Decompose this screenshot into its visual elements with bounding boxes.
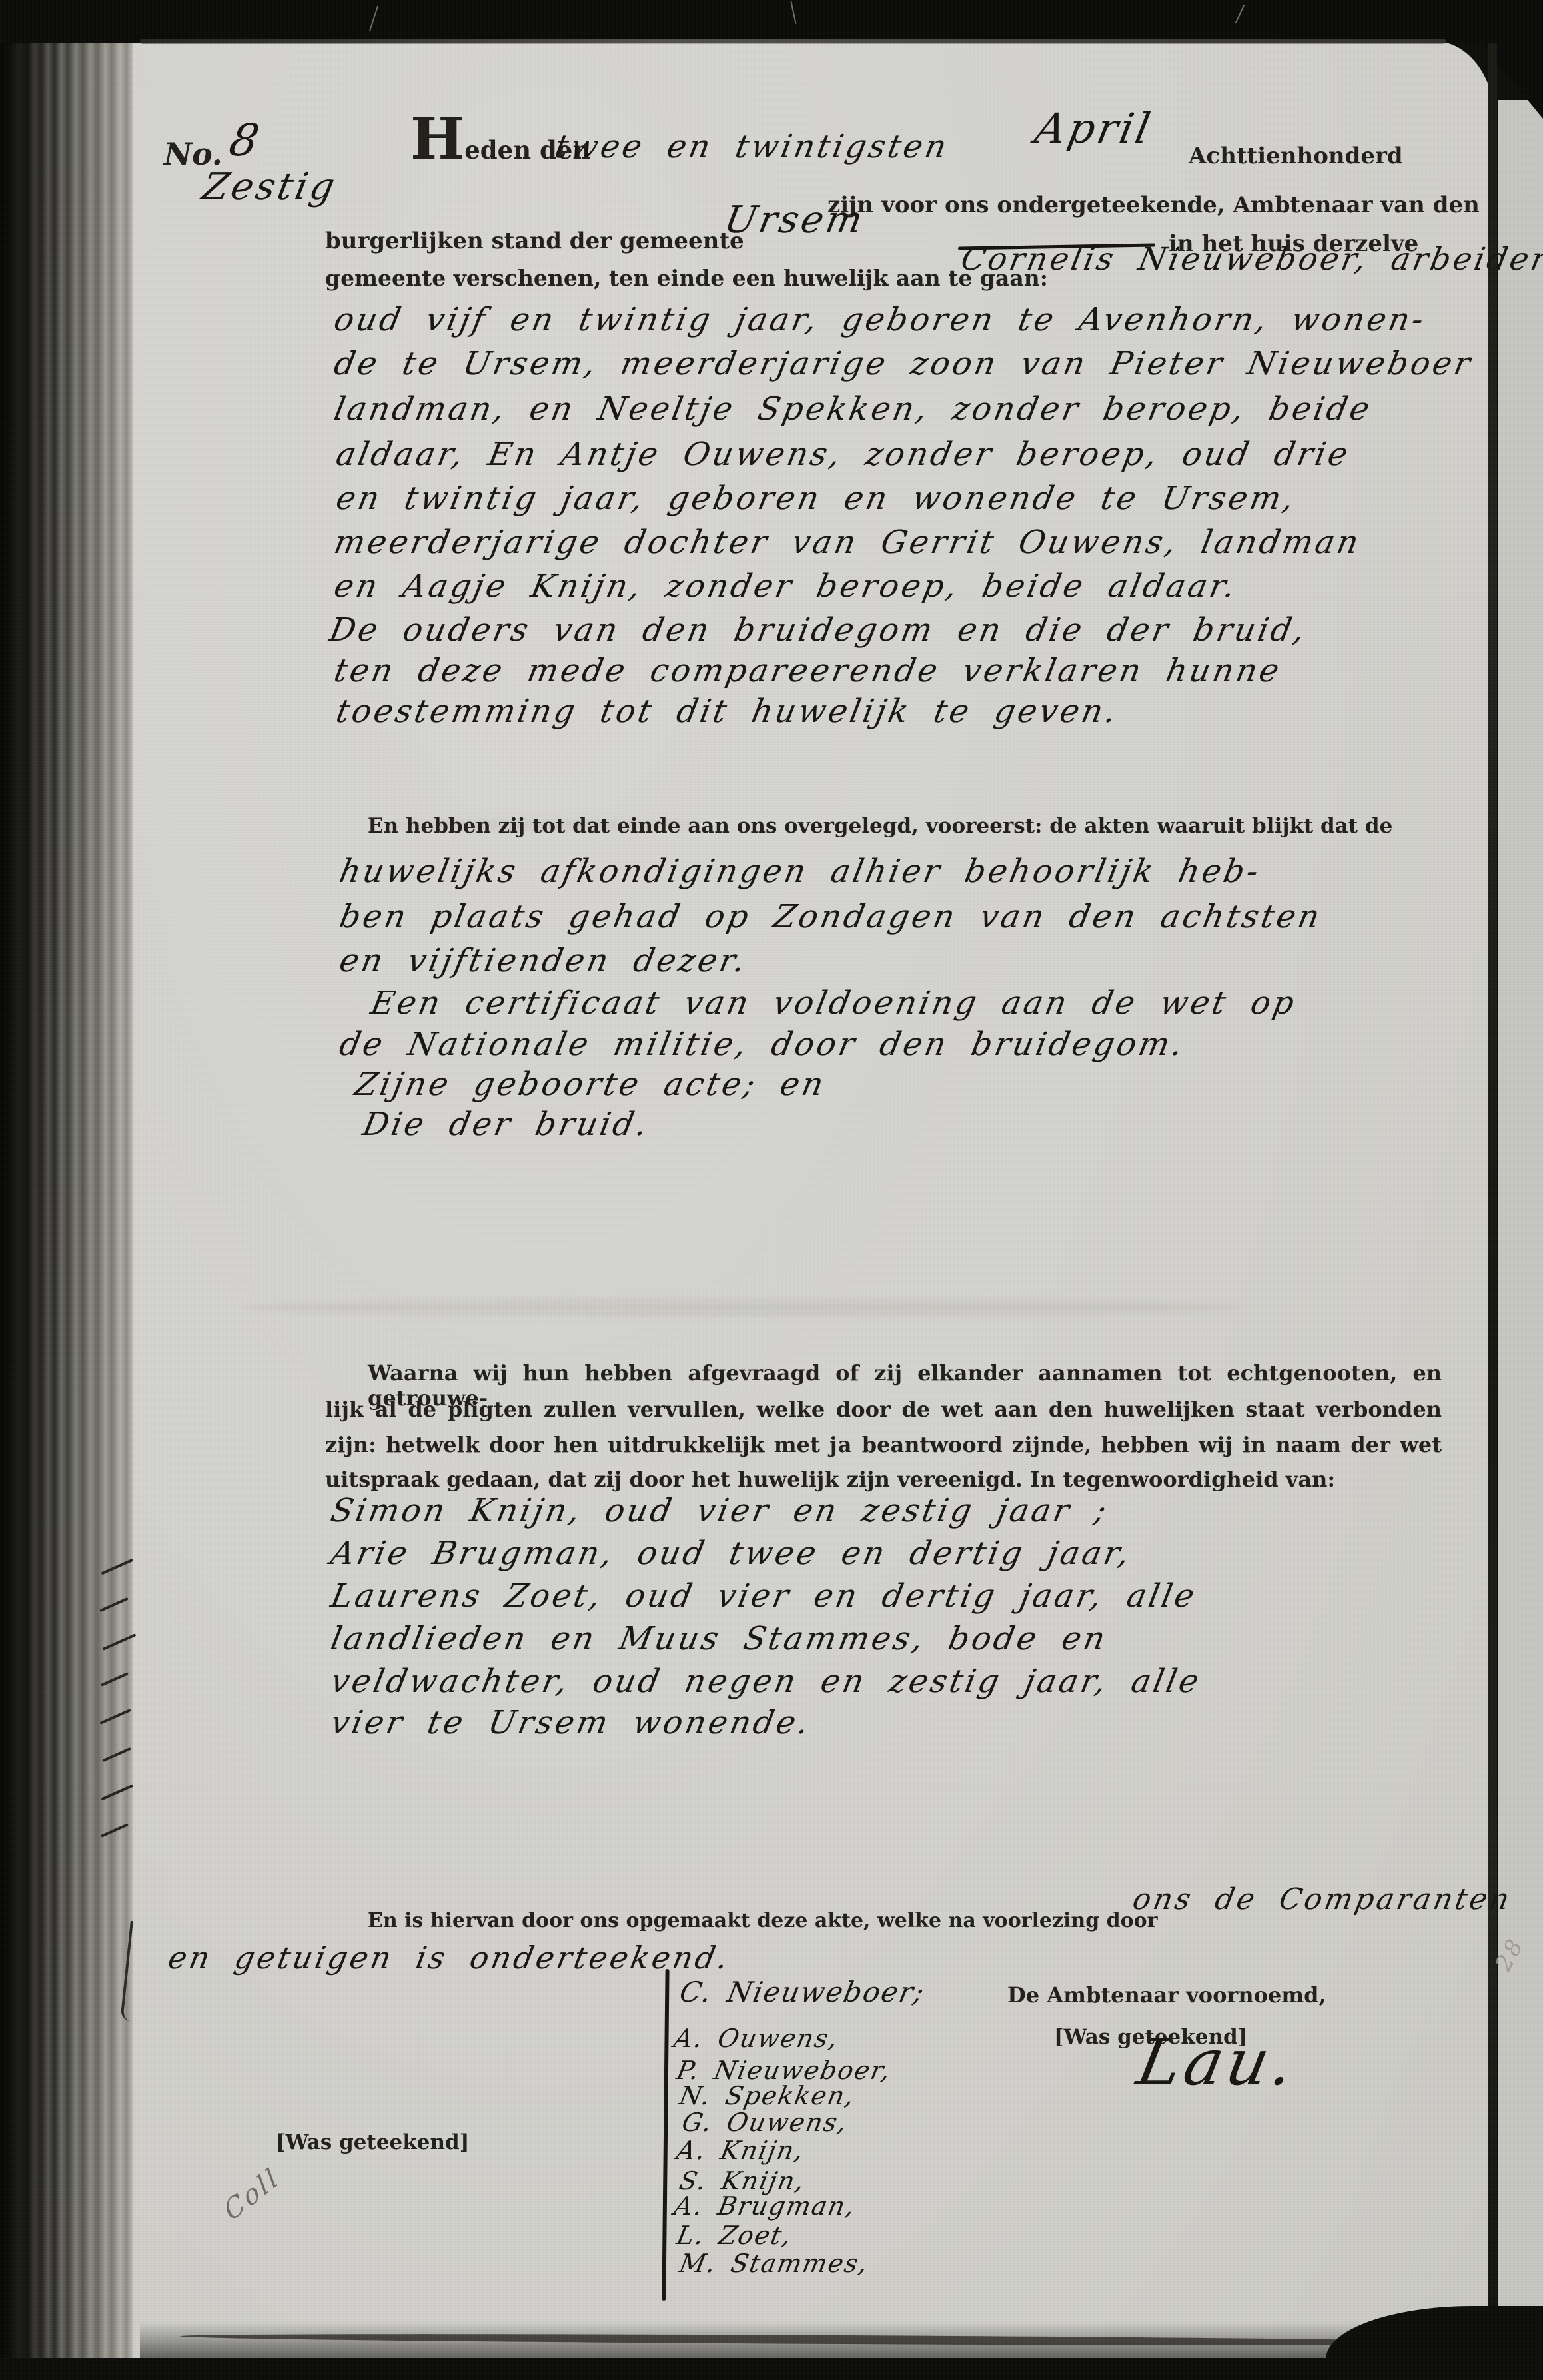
vows-line-2: lijk al de pligten zullen vervullen, wel… bbox=[325, 1397, 1442, 1422]
facing-page-strip bbox=[1498, 100, 1543, 2331]
vows-ja-word: ja bbox=[829, 1432, 852, 1457]
act-body-line: oud vijf en twintig jaar, geboren te Ave… bbox=[331, 301, 1429, 338]
handwritten-day: twee en twintigsten bbox=[552, 128, 952, 165]
book-binding-edges bbox=[0, 0, 141, 2380]
handwritten-comparanten: ons de Comparanten bbox=[1130, 1882, 1514, 1916]
act-body-line: aldaar, En Antje Ouwens, zonder beroep, … bbox=[333, 436, 1354, 473]
vows-line-3-pre: zijn: hetwelk door hen uitdrukkelijk met bbox=[325, 1432, 829, 1457]
documents-line: Een certificaat van voldoening aan de we… bbox=[368, 985, 1300, 1022]
act-body-line: de te Ursem, meerderjarige zoon van Piet… bbox=[331, 345, 1476, 382]
witness-line: vier te Ursem wonende. bbox=[328, 1704, 815, 1741]
signature-name: C. Nieuweboer; bbox=[677, 1976, 928, 2008]
witness-line: Laurens Zoet, oud vier en dertig jaar, a… bbox=[328, 1577, 1200, 1615]
printed-closing-line: En is hiervan door ons opgemaakt deze ak… bbox=[368, 1909, 1157, 1932]
documents-line: de Nationale militie, door den bruidegom… bbox=[336, 1026, 1189, 1063]
act-body-line: landman, en Neeltje Spekken, zonder bero… bbox=[331, 390, 1375, 428]
was-geteekend-left-label: [Was geteekend] bbox=[276, 2130, 469, 2154]
act-body-line: meerderjarige dochter van Gerrit Ouwens,… bbox=[331, 524, 1364, 561]
witness-line: veldwachter, oud negen en zestig jaar, a… bbox=[328, 1663, 1205, 1700]
act-body-line: ten deze mede compareerende verklaren hu… bbox=[331, 652, 1285, 689]
witness-line: Simon Knijn, oud vier en zestig jaar ; bbox=[328, 1492, 1112, 1529]
page-gutter-line bbox=[1488, 39, 1497, 2350]
handwritten-onderteekend: en getuigen is onderteekend. bbox=[165, 1940, 734, 1976]
signature-name: L. Zoet, bbox=[674, 2221, 795, 2250]
signature-name: G. Ouwens, bbox=[680, 2108, 850, 2137]
signature-name: M. Stammes, bbox=[677, 2249, 871, 2278]
handwritten-year: Zestig bbox=[199, 165, 341, 208]
vows-line-4: uitspraak gedaan, dat zij door het huwel… bbox=[325, 1467, 1335, 1492]
printed-ambtenaar-line: zijn voor ons ondergeteekende, Ambtenaar… bbox=[827, 192, 1480, 218]
printed-overgelegd-line: En hebben zij tot dat einde aan ons over… bbox=[368, 814, 1392, 838]
scanned-marriage-record: { "act": { "no_label": "No.", "no_value"… bbox=[0, 0, 1543, 2380]
scan-bottom-border bbox=[0, 2358, 1543, 2380]
act-body-line: De ouders van den bruidegom en die der b… bbox=[326, 611, 1310, 649]
signature-name: A. Knijn, bbox=[674, 2136, 807, 2165]
handwritten-gemeente: Ursem bbox=[721, 198, 869, 242]
witness-line: Arie Brugman, oud twee en dertig jaar, bbox=[328, 1535, 1135, 1572]
documents-line: Zijne geboorte acte; en bbox=[352, 1066, 829, 1103]
page-top-edge-shadow bbox=[140, 39, 1446, 44]
official-title: De Ambtenaar voornoemd, bbox=[1007, 1982, 1326, 2008]
signature-name: A. Brugman, bbox=[672, 2191, 858, 2221]
printed-achttienhonderd: Achttienhonderd bbox=[1189, 143, 1403, 169]
official-signature: Lau. bbox=[1131, 2025, 1304, 2100]
vows-line-3: zijn: hetwelk door hen uitdrukkelijk met… bbox=[325, 1432, 1442, 1457]
printed-huwelijk-line: gemeente verschenen, ten einde een huwel… bbox=[325, 265, 1048, 291]
handwritten-groom-name: Cornelis Nieuweboer, arbeider, bbox=[958, 241, 1543, 278]
printed-gemeente-line: burgerlijken stand der gemeente bbox=[325, 228, 744, 254]
documents-line: en vijftienden dezer. bbox=[336, 942, 751, 979]
documents-line: huwelijks afkondigingen alhier behoorlij… bbox=[336, 853, 1264, 890]
record-page-paper bbox=[133, 41, 1495, 2358]
handwritten-month: April bbox=[1031, 104, 1157, 153]
signature-name: A. Ouwens, bbox=[672, 2024, 841, 2053]
vows-line-3-post: beantwoord zijnde, hebben wij in naam de… bbox=[852, 1432, 1442, 1457]
scan-top-border bbox=[0, 0, 1543, 43]
witness-line: landlieden en Muus Stammes, bode en bbox=[328, 1620, 1111, 1657]
signature-name: N. Spekken, bbox=[677, 2081, 857, 2110]
act-body-line: en Aagje Knijn, zonder beroep, beide ald… bbox=[331, 568, 1241, 605]
paper-smudge bbox=[240, 1299, 1239, 1316]
act-body-line: toestemming tot dit huwelijk te geven. bbox=[333, 693, 1121, 730]
documents-line: ben plaats gehad op Zondagen van den ach… bbox=[336, 898, 1325, 935]
documents-line: Die der bruid. bbox=[360, 1106, 653, 1143]
act-body-line: en twintig jaar, geboren en wonende te U… bbox=[333, 480, 1300, 517]
